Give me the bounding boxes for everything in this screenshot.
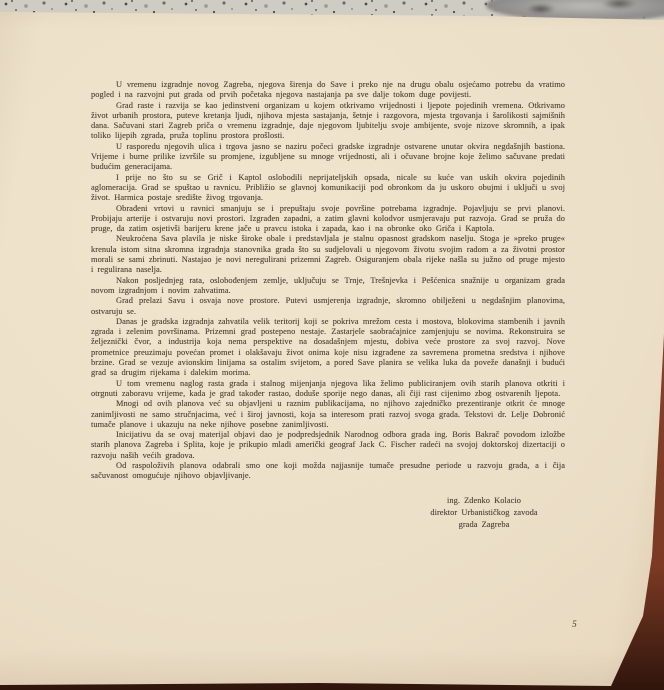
paragraph: U vremenu izgradnje novog Zagreba, njego… xyxy=(91,80,565,101)
paragraph: Obrađeni vrtovi u ravnici smanjuju se i … xyxy=(91,204,565,235)
text-block: U vremenu izgradnje novog Zagreba, njego… xyxy=(91,80,565,532)
signature-organization: grada Zagreba xyxy=(409,519,559,531)
paragraph: Mnogi od ovih planova već su objavljeni … xyxy=(91,399,565,430)
paragraph: Grad raste i razvija se kao jedinstveni … xyxy=(91,101,565,142)
paragraph: Danas je gradska izgradnja zahvatila vel… xyxy=(91,317,565,379)
signature-block: ing. Zdenko Kolacio direktor Urbanističk… xyxy=(409,495,559,532)
paragraph: Neukroćena Sava plavila je niske široke … xyxy=(91,234,565,275)
signature-name: ing. Zdenko Kolacio xyxy=(409,495,559,507)
paragraph: Grad prelazi Savu i osvaja nove prostore… xyxy=(91,296,565,317)
paragraph: U tom vremenu naglog rasta grada i staln… xyxy=(91,379,565,400)
signature-title: direktor Urbanističkog zavoda xyxy=(409,507,559,519)
paragraph: Od raspoloživih planova odabrali smo one… xyxy=(91,461,565,482)
page-number: 5 xyxy=(572,620,577,630)
paragraph: U rasporedu njegovih ulica i trgova jasn… xyxy=(91,142,565,173)
paragraph: Nakon posljednjeg rata, oslobođenjem zem… xyxy=(91,276,565,297)
book-page: U vremenu izgradnje novog Zagreba, njego… xyxy=(0,0,664,690)
paragraph: I prije no što su se Grič i Kaptol oslob… xyxy=(91,173,565,204)
photo-of-book-page: U vremenu izgradnje novog Zagreba, njego… xyxy=(0,0,664,690)
paragraph: Inicijativu da se ovaj materijal objavi … xyxy=(91,430,565,461)
